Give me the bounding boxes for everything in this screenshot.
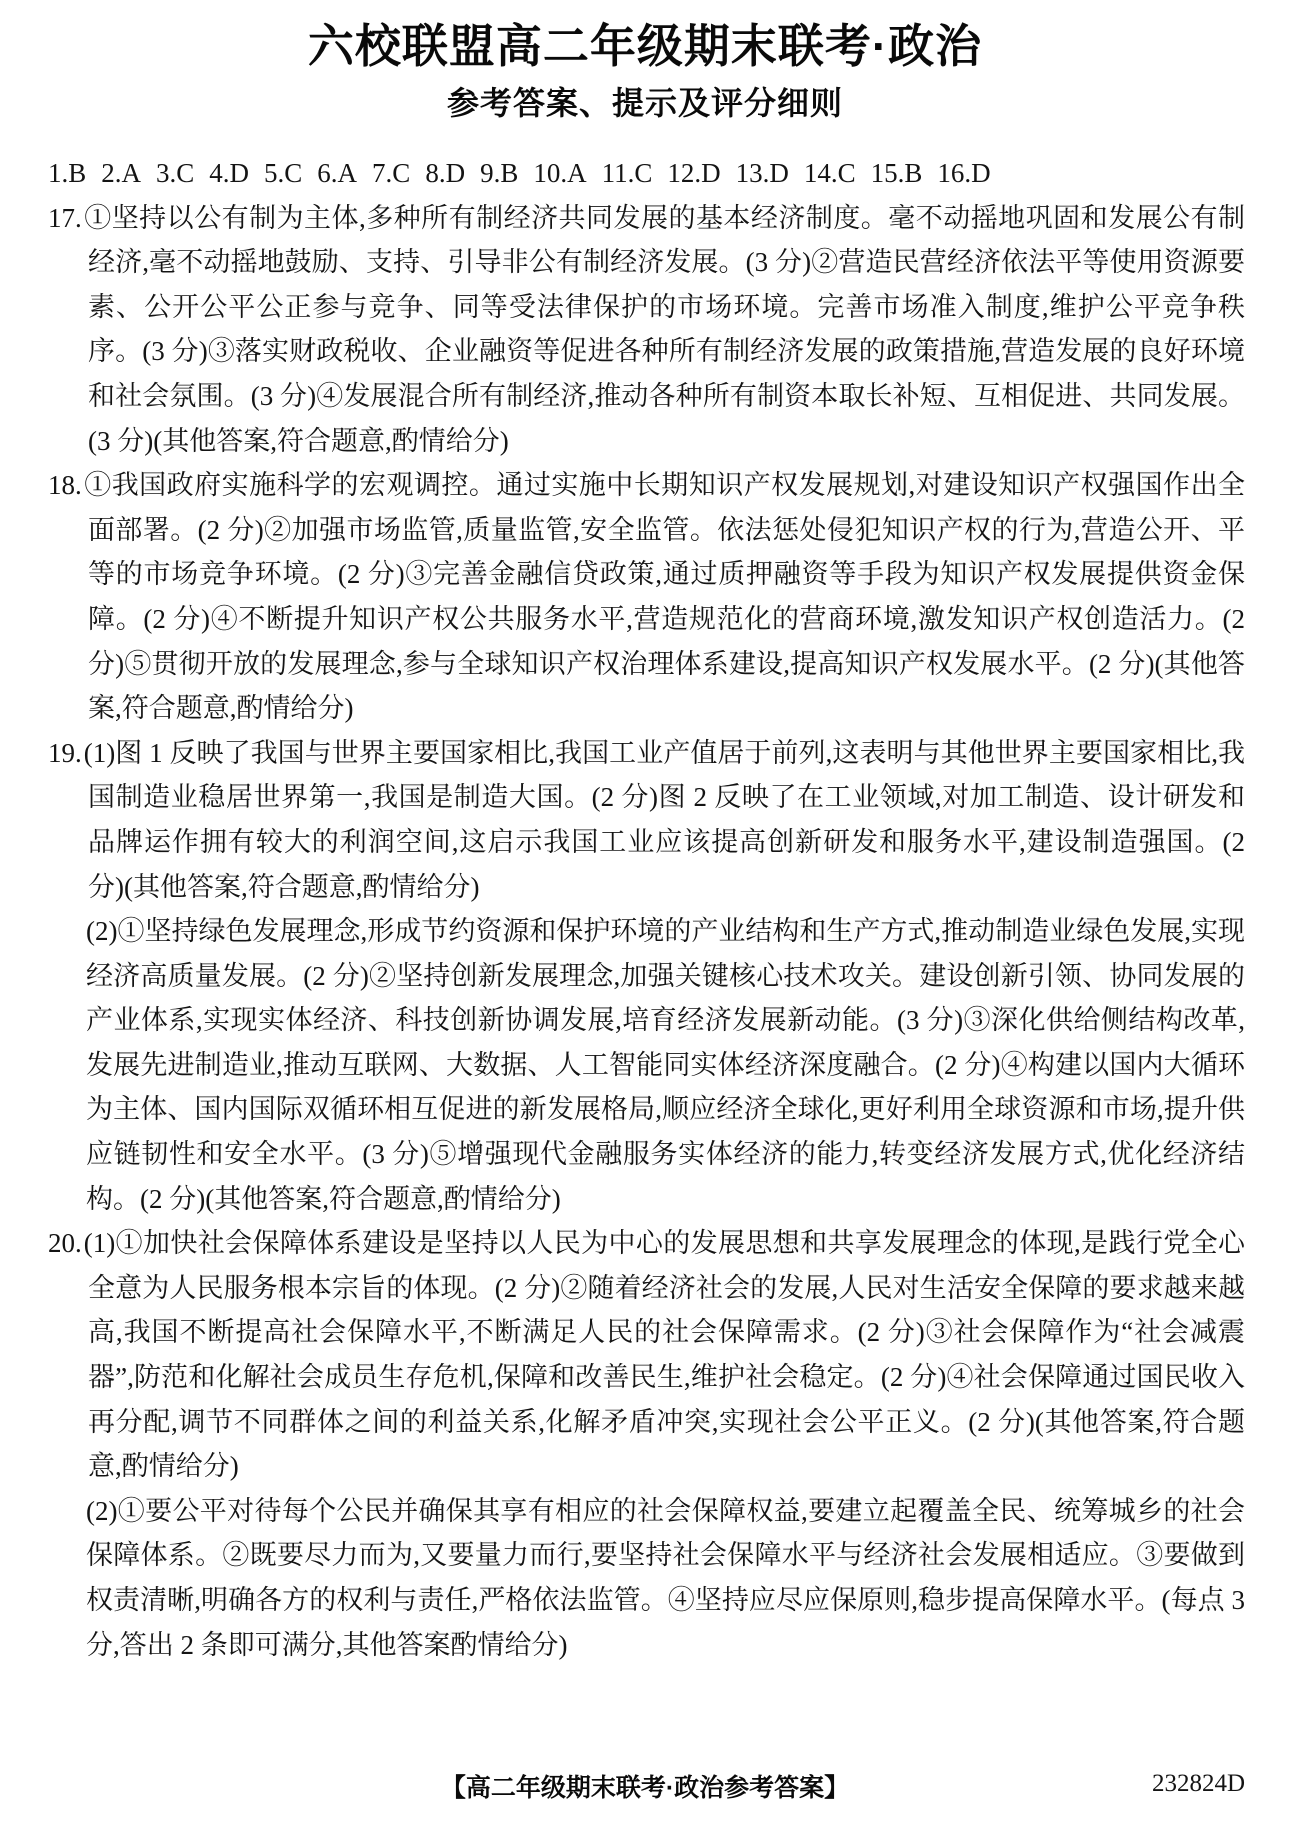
question-20-part1-text: (1)①加快社会保障体系建设是坚持以人民为中心的发展思想和共享发展理念的体现,是… (84, 1228, 1245, 1481)
page-code: 232824D (1152, 1770, 1245, 1798)
choice-answer-16: 16.D (937, 151, 990, 196)
choice-answers-row: 1.B 2.A 3.C 4.D 5.C 6.A 7.C 8.D 9.B 10.A… (48, 151, 1245, 196)
page-footer: 【高二年级期末联考·政治参考答案】 232824D (0, 1768, 1290, 1808)
question-18-number: 18. (48, 470, 84, 500)
question-20-paragraph-1: 20.(1)①加快社会保障体系建设是坚持以人民为中心的发展思想和共享发展理念的体… (48, 1221, 1245, 1489)
question-20-paragraph-2: (2)①要公平对待每个公民并确保其享有相应的社会保障权益,要建立起覆盖全民、统筹… (48, 1489, 1245, 1667)
question-18: 18.①我国政府实施科学的宏观调控。通过实施中长期知识产权发展规划,对建设知识产… (48, 463, 1245, 731)
page-subtitle: 参考答案、提示及评分细则 (0, 73, 1290, 122)
question-20-part2-text: (2)①要公平对待每个公民并确保其享有相应的社会保障权益,要建立起覆盖全民、统筹… (86, 1496, 1245, 1660)
question-20: 20.(1)①加快社会保障体系建设是坚持以人民为中心的发展思想和共享发展理念的体… (48, 1221, 1245, 1667)
question-19-paragraph-2: (2)①坚持绿色发展理念,形成节约资源和保护环境的产业结构和生产方式,推动制造业… (48, 909, 1245, 1221)
question-19-part1-text: (1)图 1 反映了我国与世界主要国家相比,我国工业产值居于前列,这表明与其他世… (84, 738, 1245, 902)
choice-answer-2: 2.A (101, 151, 141, 196)
question-17: 17.①坚持以公有制为主体,多种所有制经济共同发展的基本经济制度。毫不动摇地巩固… (48, 196, 1245, 464)
question-18-answer-text: ①我国政府实施科学的宏观调控。通过实施中长期知识产权发展规划,对建设知识产权强国… (84, 470, 1245, 723)
question-19-part2-text: (2)①坚持绿色发展理念,形成节约资源和保护环境的产业结构和生产方式,推动制造业… (86, 916, 1245, 1214)
choice-answer-3: 3.C (156, 151, 194, 196)
choice-answer-14: 14.C (804, 151, 856, 196)
question-19-paragraph-1: 19.(1)图 1 反映了我国与世界主要国家相比,我国工业产值居于前列,这表明与… (48, 731, 1245, 909)
choice-answer-11: 11.C (602, 151, 653, 196)
choice-answer-12: 12.D (667, 151, 720, 196)
answers-content: 1.B 2.A 3.C 4.D 5.C 6.A 7.C 8.D 9.B 10.A… (48, 151, 1245, 1667)
question-19: 19.(1)图 1 反映了我国与世界主要国家相比,我国工业产值居于前列,这表明与… (48, 731, 1245, 1222)
choice-answer-6: 6.A (317, 151, 357, 196)
choice-answer-4: 4.D (209, 151, 249, 196)
choice-answer-15: 15.B (871, 151, 923, 196)
choice-answer-5: 5.C (264, 151, 302, 196)
answer-sheet-page: 六校联盟高二年级期末联考·政治 参考答案、提示及评分细则 1.B 2.A 3.C… (0, 0, 1290, 1834)
page-title: 六校联盟高二年级期末联考·政治 (0, 0, 1290, 73)
choice-answer-9: 9.B (480, 151, 518, 196)
question-17-number: 17. (48, 203, 84, 233)
question-20-number: 20. (48, 1228, 84, 1258)
footer-title: 【高二年级期末联考·政治参考答案】 (0, 1768, 1290, 1804)
choice-answer-7: 7.C (372, 151, 410, 196)
question-18-paragraph-1: 18.①我国政府实施科学的宏观调控。通过实施中长期知识产权发展规划,对建设知识产… (48, 463, 1245, 731)
question-19-number: 19. (48, 738, 84, 768)
choice-answer-8: 8.D (425, 151, 465, 196)
choice-answer-13: 13.D (736, 151, 789, 196)
choice-answer-10: 10.A (533, 151, 586, 196)
choice-answer-1: 1.B (48, 151, 86, 196)
question-17-answer-text: ①坚持以公有制为主体,多种所有制经济共同发展的基本经济制度。毫不动摇地巩固和发展… (84, 203, 1245, 456)
question-17-paragraph-1: 17.①坚持以公有制为主体,多种所有制经济共同发展的基本经济制度。毫不动摇地巩固… (48, 196, 1245, 464)
